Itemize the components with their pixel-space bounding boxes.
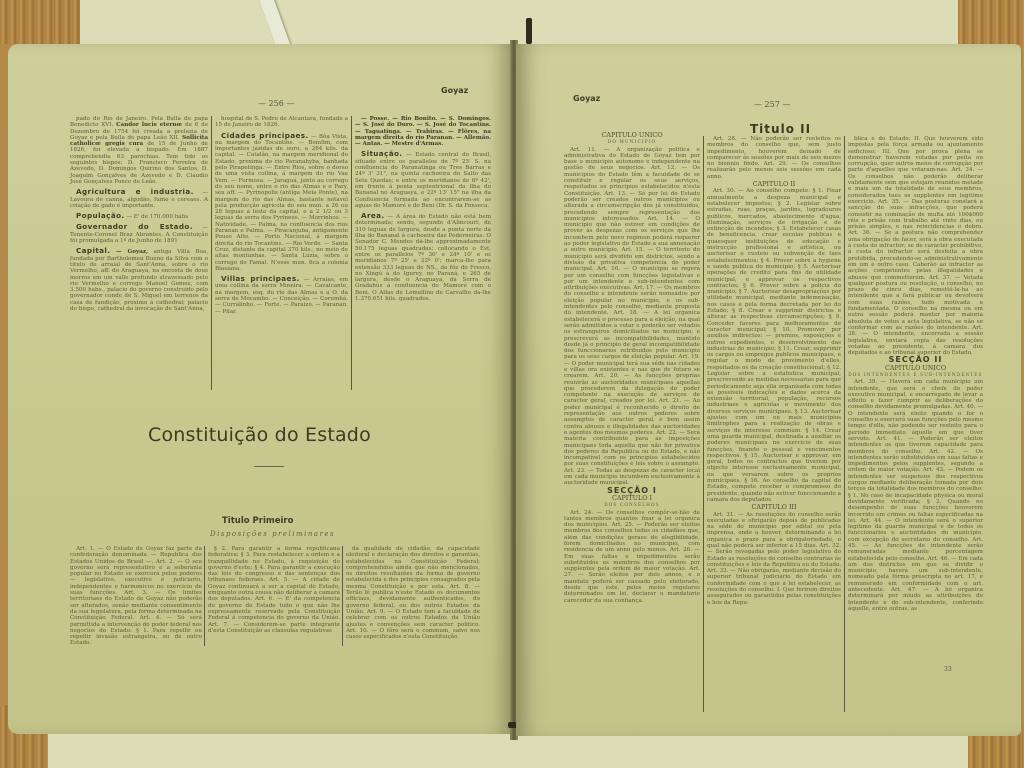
running-head-left: Goyaz (441, 86, 468, 95)
constitution-column-1: Art. 1. — O Estado de Goyaz faz parte da… (70, 546, 202, 648)
column-divider (703, 136, 704, 712)
disposicoes-preliminares-subheading: Disposições preliminares (210, 530, 335, 538)
heading-agricultura: Agricultura e industria. (76, 187, 194, 196)
column-divider (211, 116, 212, 390)
titulo-ii-heading: Titulo II (750, 122, 811, 136)
capitulo-iii-heading: CAPITULO III (707, 504, 841, 510)
heading-situacao: Situação. (361, 149, 402, 158)
right-column-1: CAPITULO UNICO DO MUNICIPIO Art. 11. — A… (564, 132, 700, 605)
seccao-ii-heading: SECÇÃO II (848, 357, 983, 363)
signature-mark: 33 (944, 666, 952, 673)
column-divider (844, 136, 845, 712)
heading-area: Area. (361, 211, 385, 220)
wooden-table-left-top (0, 0, 80, 44)
left-column-2: hospital de S. Pedro de Alcantara, funda… (215, 116, 348, 316)
constitution-column-3: da qualidade de cidadão, da capacidade e… (346, 546, 480, 641)
right-column-2: Art. 28. — Não poderão ser reeleitos os … (707, 136, 841, 607)
titulo-primeiro-heading: Titulo Primeiro (222, 516, 293, 526)
capitulo-unico-heading: CAPITULO UNICO (564, 132, 700, 138)
heading-cidades: Cidades principaes. (221, 131, 309, 140)
seccao-i-heading: SECÇÃO I (564, 488, 700, 494)
left-column-3: — Posse. — Rio Bonito. — S. Domingos. — … (355, 116, 491, 303)
heading-governador: Governador do Estado. (76, 222, 193, 231)
running-head-right: Goyaz (573, 94, 600, 103)
right-page-257: Goyaz — 257 — CAPITULO UNICO DO MUNICIPI… (516, 44, 1021, 736)
heading-populacao: População. (76, 211, 125, 220)
right-column-3: blica e do Estado; II. Que houverem sido… (848, 136, 983, 613)
page-tear-top (526, 18, 532, 44)
title-rule (254, 466, 284, 467)
constitution-title: Constituição do Estado (148, 424, 371, 446)
column-divider (351, 116, 352, 390)
column-divider (342, 546, 343, 646)
heading-villas: Villas principaes. (221, 274, 300, 283)
capitulo-ii-heading: CAPITULO II (707, 181, 841, 187)
column-divider (204, 546, 205, 646)
heading-capital: Capital. (76, 246, 110, 255)
page-number-left: — 256 — (258, 99, 294, 108)
left-column-1: pado do Rio de Janeiro. Pela Bulla do pa… (70, 116, 208, 313)
constitution-column-2: § 2. Para garantir a forma republicana f… (208, 546, 340, 635)
page-number-right: — 257 — (754, 100, 790, 109)
